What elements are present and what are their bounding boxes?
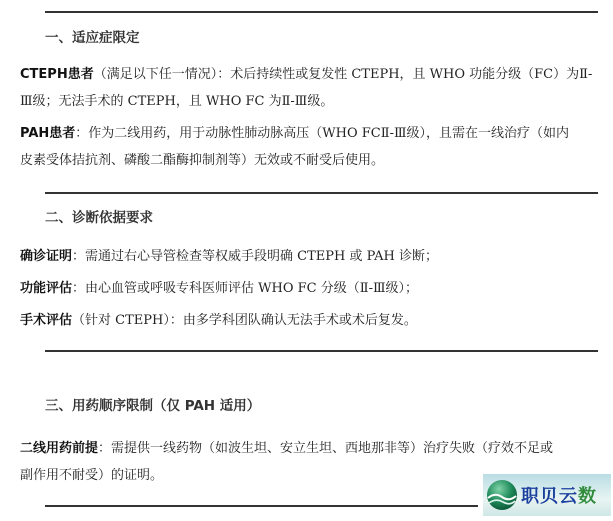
paragraph-line: Ⅲ级；无法手术的 CTEPH，且 WHO FC 为Ⅱ-Ⅲ级。: [20, 89, 600, 116]
watermark-text: 职贝云数: [521, 482, 597, 508]
paragraph-line: CTEPH患者（满足以下任一情况）：术后持续性或复发性 CTEPH，且 WHO …: [20, 62, 600, 89]
paragraph-lead: PAH患者: [20, 126, 75, 141]
paragraph-lead: 手术评估: [20, 313, 72, 328]
section-heading-diagnosis: 二、诊断依据要求: [45, 206, 153, 226]
paragraph-lead: 二线用药前提: [20, 441, 98, 456]
watermark-logo: 职贝云数: [483, 474, 611, 516]
paragraph-diagnosis-proof: 确诊证明：需通过右心导管检查等权威手段明确 CTEPH 或 PAH 诊断；: [20, 244, 600, 271]
paragraph-line: 皮素受体拮抗剂、磷酸二酯酶抑制剂等）无效或不耐受后使用。: [20, 148, 600, 175]
paragraph-text: （针对 CTEPH）：由多学科团队确认无法手术或术后复发。: [72, 313, 417, 328]
paragraph-surgery-assessment: 手术评估（针对 CTEPH）：由多学科团队确认无法手术或术后复发。: [20, 308, 600, 335]
paragraph-lead: 功能评估: [20, 281, 72, 296]
paragraph-pah-patients: PAH患者：作为二线用药，用于动脉性肺动脉高压（WHO FCⅡ-Ⅲ级），且需在一…: [20, 121, 600, 174]
divider-bottom: [45, 505, 478, 507]
paragraph-line: 二线用药前提：需提供一线药物（如波生坦、安立生坦、西地那非等）治疗失败（疗效不足…: [20, 436, 600, 463]
paragraph-line: 确诊证明：需通过右心导管检查等权威手段明确 CTEPH 或 PAH 诊断；: [20, 244, 600, 271]
globe-wave-icon: [485, 478, 519, 512]
paragraph-line: PAH患者：作为二线用药，用于动脉性肺动脉高压（WHO FCⅡ-Ⅲ级），且需在一…: [20, 121, 600, 148]
paragraph-text: ：需提供一线药物（如波生坦、安立生坦、西地那非等）治疗失败（疗效不足或: [98, 441, 553, 456]
section-heading-indications: 一、适应症限定: [45, 26, 140, 46]
paragraph-function-assessment: 功能评估：由心血管或呼吸专科医师评估 WHO FC 分级（Ⅱ-Ⅲ级）；: [20, 276, 600, 303]
paragraph-line: 功能评估：由心血管或呼吸专科医师评估 WHO FC 分级（Ⅱ-Ⅲ级）；: [20, 276, 600, 303]
paragraph-text: ：作为二线用药，用于动脉性肺动脉高压（WHO FCⅡ-Ⅲ级），且需在一线治疗（如…: [75, 126, 569, 141]
divider-section-2: [45, 192, 598, 194]
paragraph-cteph-patients: CTEPH患者（满足以下任一情况）：术后持续性或复发性 CTEPH，且 WHO …: [20, 62, 600, 115]
divider-section-3: [45, 350, 598, 352]
paragraph-text: ：由心血管或呼吸专科医师评估 WHO FC 分级（Ⅱ-Ⅲ级）；: [72, 281, 418, 296]
section-heading-drug-order: 三、用药顺序限制（仅 PAH 适用）: [45, 394, 260, 414]
paragraph-lead: CTEPH患者: [20, 67, 94, 82]
paragraph-text: ：需通过右心导管检查等权威手段明确 CTEPH 或 PAH 诊断；: [72, 249, 438, 264]
divider-top: [45, 11, 598, 13]
paragraph-text: （满足以下任一情况）：术后持续性或复发性 CTEPH，且 WHO 功能分级（FC…: [94, 67, 593, 82]
paragraph-lead: 确诊证明: [20, 249, 72, 264]
paragraph-line: 手术评估（针对 CTEPH）：由多学科团队确认无法手术或术后复发。: [20, 308, 600, 335]
